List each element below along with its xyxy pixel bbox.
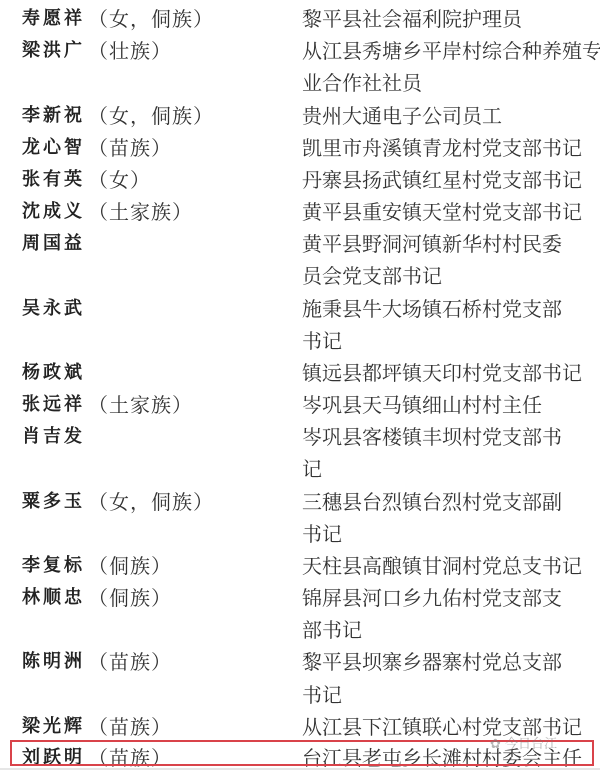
- position-title: 黄平县重安镇天堂村党支部书记: [302, 196, 582, 225]
- ethnicity-note: （壮族）: [88, 35, 172, 64]
- position-title: 黄平县野洞河镇新华村村民委: [302, 228, 562, 257]
- person-name: 吴永武: [22, 294, 85, 320]
- watermark: ✿ 今日台江: [490, 733, 557, 752]
- list-row: 业合作社社员: [0, 64, 600, 96]
- ethnicity-note: （苗族）: [88, 646, 172, 675]
- person-name: 周国益: [22, 229, 85, 255]
- person-name: 梁光辉: [22, 712, 85, 738]
- person-name: 寿愿祥: [22, 4, 85, 30]
- person-name: 林顺忠: [22, 583, 85, 609]
- list-row: 林顺忠 （侗族） 锦屏县河口乡九佑村党支部支: [0, 579, 600, 611]
- position-title: 三穗县台烈镇台烈村党支部副: [302, 486, 562, 515]
- person-name: 粟多玉: [22, 487, 85, 513]
- position-title: 岑巩县天马镇细山村村主任: [302, 389, 542, 418]
- position-title: 书记: [302, 518, 342, 547]
- person-name: 李复标: [22, 551, 85, 577]
- position-title: 贵州大通电子公司员工: [302, 100, 502, 129]
- person-name: 张远祥: [22, 390, 85, 416]
- ethnicity-note: （土家族）: [88, 389, 193, 418]
- position-title: 丹寨县扬武镇红星村党支部书记: [302, 164, 582, 193]
- position-title: 岑巩县客楼镇丰坝村党支部书: [302, 421, 562, 450]
- position-title: 镇远县都坪镇天印村党支部书记: [302, 357, 582, 386]
- position-title: 员会党支部书记: [302, 260, 442, 289]
- position-title: 从江县秀塘乡平岸村综合种养殖专: [302, 35, 600, 64]
- position-title: 书记: [302, 325, 342, 354]
- list-row: 书记: [0, 322, 600, 354]
- list-row: 粟多玉 （女，侗族） 三穗县台烈镇台烈村党支部副: [0, 483, 600, 515]
- ethnicity-note: （女，侗族）: [88, 486, 214, 515]
- ethnicity-note: （女，侗族）: [88, 100, 214, 129]
- position-title: 锦屏县河口乡九佑村党支部支: [302, 582, 562, 611]
- person-name: 李新祝: [22, 101, 85, 127]
- person-name: 张有英: [22, 165, 85, 191]
- list-row: 沈成义 （土家族） 黄平县重安镇天堂村党支部书记: [0, 193, 600, 225]
- ethnicity-note: （侗族）: [88, 550, 172, 579]
- list-row: 龙心智 （苗族） 凯里市舟溪镇青龙村党支部书记: [0, 129, 600, 161]
- list-row: 张远祥 （土家族） 岑巩县天马镇细山村村主任: [0, 386, 600, 418]
- list-row: 书记: [0, 676, 600, 708]
- list-row: 肖吉发 岑巩县客楼镇丰坝村党支部书: [0, 418, 600, 450]
- list-row: 记: [0, 450, 600, 482]
- list-row: 周国益 黄平县野洞河镇新华村村民委: [0, 225, 600, 257]
- list-row: 李复标 （侗族） 天柱县高酿镇甘洞村党总支书记: [0, 547, 600, 579]
- ethnicity-note: （苗族）: [88, 711, 172, 740]
- ethnicity-note: （苗族）: [88, 132, 172, 161]
- position-title: 书记: [302, 679, 342, 708]
- position-title: 记: [302, 453, 322, 482]
- position-title: 黎平县坝寨乡器寨村党总支部: [302, 646, 562, 675]
- position-title: 业合作社社员: [302, 67, 422, 96]
- ethnicity-note: （女）: [88, 164, 151, 193]
- position-title: 施秉县牛大场镇石桥村党支部: [302, 293, 562, 322]
- list-row: 李新祝 （女，侗族） 贵州大通电子公司员工: [0, 97, 600, 129]
- ethnicity-note: （侗族）: [88, 582, 172, 611]
- list-row: 寿愿祥 （女，侗族） 黎平县社会福利院护理员: [0, 0, 600, 32]
- position-title: 凯里市舟溪镇青龙村党支部书记: [302, 132, 582, 161]
- list-row: 书记: [0, 515, 600, 547]
- list-row: 陈明洲 （苗族） 黎平县坝寨乡器寨村党总支部: [0, 643, 600, 675]
- list-row: 员会党支部书记: [0, 257, 600, 289]
- person-name: 龙心智: [22, 133, 85, 159]
- ethnicity-note: （土家族）: [88, 196, 193, 225]
- position-title: 黎平县社会福利院护理员: [302, 3, 522, 32]
- position-title: 部书记: [302, 614, 362, 643]
- person-name: 沈成义: [22, 197, 85, 223]
- list-row: 张有英 （女） 丹寨县扬武镇红星村党支部书记: [0, 161, 600, 193]
- person-name: 肖吉发: [22, 422, 85, 448]
- position-title: 天柱县高酿镇甘洞村党总支书记: [302, 550, 582, 579]
- list-row: 部书记: [0, 611, 600, 643]
- list-row: 吴永武 施秉县牛大场镇石桥村党支部: [0, 290, 600, 322]
- ethnicity-note: （女，侗族）: [88, 3, 214, 32]
- person-name: 杨政斌: [22, 358, 85, 384]
- person-name: 梁洪广: [22, 36, 85, 62]
- list-row: 梁洪广 （壮族） 从江县秀塘乡平岸村综合种养殖专: [0, 32, 600, 64]
- person-name: 陈明洲: [22, 647, 85, 673]
- list-row: 杨政斌 镇远县都坪镇天印村党支部书记: [0, 354, 600, 386]
